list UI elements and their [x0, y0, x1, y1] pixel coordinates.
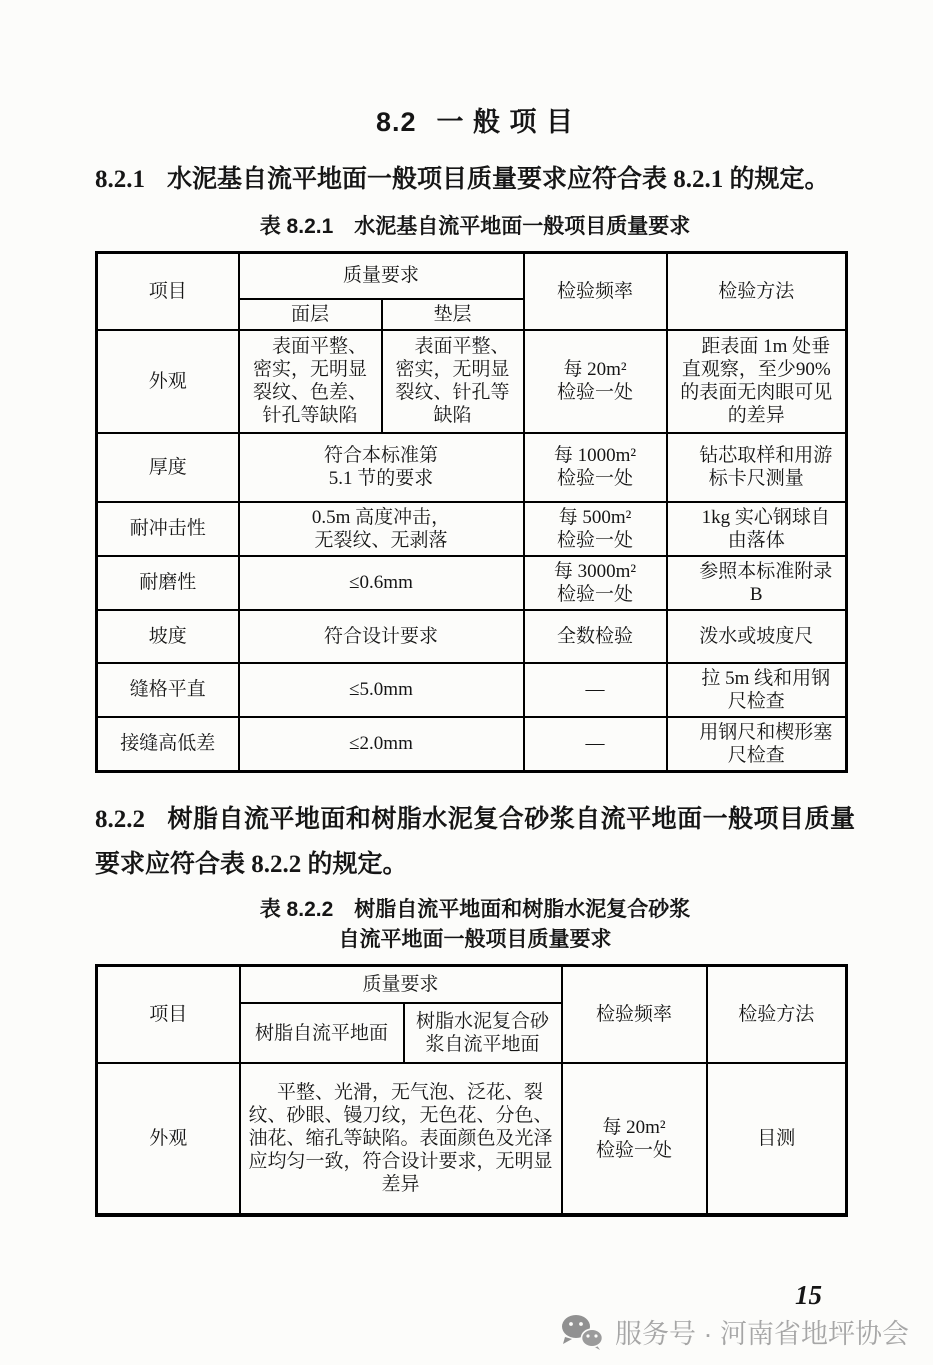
cell-frequency: 每 20m² 检验一处: [524, 330, 667, 433]
cell-method: 参照本标准附录 B: [667, 556, 847, 610]
header-quality: 质量要求: [240, 965, 562, 1003]
cell-item: 耐磨性: [97, 556, 239, 610]
cell-frequency: 每 3000m² 检验一处: [524, 556, 667, 610]
table-row: 厚度 符合本标准第 5.1 节的要求 每 1000m² 检验一处 钻芯取样和用游…: [97, 433, 847, 502]
table-row: 耐冲击性 0.5m 高度冲击， 无裂纹、无剥落 每 500m² 检验一处 1kg…: [97, 502, 847, 556]
table-header-row: 项目 质量要求 检验频率 检验方法: [97, 253, 847, 299]
wechat-icon: [560, 1313, 606, 1351]
cell-quality-cushion: 表面平整、密实，无明显裂纹、针孔等缺陷: [382, 330, 524, 433]
cell-quality: 符合设计要求: [239, 610, 524, 663]
header-resin-floor: 树脂自流平地面: [240, 1003, 404, 1063]
table-8-2-2-caption: 表 8.2.2 树脂自流平地面和树脂水泥复合砂浆 自流平地面一般项目质量要求: [95, 895, 855, 955]
clause-8-2-1: 8.2.1水泥基自流平地面一般项目质量要求应符合表 8.2.1 的规定。: [95, 157, 855, 202]
document-page: 8.2一 般 项 目 8.2.1水泥基自流平地面一般项目质量要求应符合表 8.2…: [95, 0, 855, 1217]
cell-method: 1kg 实心钢球自由落体: [667, 502, 847, 556]
cell-item: 接缝高低差: [97, 717, 239, 772]
cell-frequency: 每 1000m² 检验一处: [524, 433, 667, 502]
table-row: 坡度 符合设计要求 全数检验 泼水或坡度尺: [97, 610, 847, 663]
cell-method: 目测: [707, 1063, 847, 1215]
footer-watermark-text: 服务号 · 河南省地坪协会: [615, 1312, 909, 1351]
cell-method: 钻芯取样和用游标卡尺测量: [667, 433, 847, 502]
cell-frequency: 全数检验: [524, 610, 667, 663]
table-row: 耐磨性 ≤0.6mm 每 3000m² 检验一处 参照本标准附录 B: [97, 556, 847, 610]
clause-8-2-1-text: 水泥基自流平地面一般项目质量要求应符合表 8.2.1 的规定。: [167, 166, 830, 193]
table-8-2-2: 项目 质量要求 检验频率 检验方法 树脂自流平地面 树脂水泥复合砂浆自流平地面 …: [95, 964, 848, 1218]
header-method: 检验方法: [667, 253, 847, 330]
section-heading: 8.2一 般 项 目: [95, 0, 855, 139]
table-row: 外观 表面平整、密实，无明显裂纹、色差、针孔等缺陷 表面平整、密实，无明显裂纹、…: [97, 330, 847, 433]
cell-item: 外观: [97, 330, 239, 433]
cell-item: 坡度: [97, 610, 239, 663]
table-8-2-2-caption-line2: 自流平地面一般项目质量要求: [95, 925, 855, 955]
clause-8-2-2-number: 8.2.2: [95, 806, 145, 833]
table-row: 外观 平整、光滑，无气泡、泛花、裂纹、砂眼、镘刀纹，无色花、分色、油花、缩孔等缺…: [97, 1063, 847, 1215]
section-number: 8.2: [376, 107, 417, 137]
cell-frequency: 每 500m² 检验一处: [524, 502, 667, 556]
cell-quality: ≤0.6mm: [239, 556, 524, 610]
clause-8-2-2-text: 树脂自流平地面和树脂水泥复合砂浆自流平地面一般项目质量要求应符合表 8.2.2 …: [95, 806, 855, 878]
header-cushion-layer: 垫层: [382, 299, 524, 330]
header-frequency: 检验频率: [524, 253, 667, 330]
table-8-2-1: 项目 质量要求 检验频率 检验方法 面层 垫层 外观 表面平整、密实，无明显裂纹…: [95, 251, 848, 773]
table-row: 缝格平直 ≤5.0mm — 拉 5m 线和用钢尺检查: [97, 663, 847, 717]
header-item: 项目: [97, 253, 239, 330]
header-item: 项目: [97, 965, 240, 1063]
cell-item: 缝格平直: [97, 663, 239, 717]
table-8-2-2-caption-line1: 表 8.2.2 树脂自流平地面和树脂水泥复合砂浆: [95, 895, 855, 925]
clause-8-2-1-number: 8.2.1: [95, 166, 145, 193]
cell-item: 外观: [97, 1063, 240, 1215]
cell-quality: ≤2.0mm: [239, 717, 524, 772]
cell-quality: 符合本标准第 5.1 节的要求: [239, 433, 524, 502]
cell-frequency: 每 20m² 检验一处: [562, 1063, 707, 1215]
header-frequency: 检验频率: [562, 965, 707, 1063]
clause-8-2-2: 8.2.2树脂自流平地面和树脂水泥复合砂浆自流平地面一般项目质量要求应符合表 8…: [95, 797, 855, 887]
cell-frequency: —: [524, 663, 667, 717]
table-header-row: 项目 质量要求 检验频率 检验方法: [97, 965, 847, 1003]
header-quality: 质量要求: [239, 253, 524, 299]
section-title: 一 般 项 目: [437, 107, 575, 137]
cell-quality: ≤5.0mm: [239, 663, 524, 717]
table-8-2-1-caption: 表 8.2.1 水泥基自流平地面一般项目质量要求: [95, 212, 855, 242]
cell-quality: 0.5m 高度冲击， 无裂纹、无剥落: [239, 502, 524, 556]
header-resin-cement-floor: 树脂水泥复合砂浆自流平地面: [404, 1003, 562, 1063]
cell-method: 拉 5m 线和用钢尺检查: [667, 663, 847, 717]
cell-method: 用钢尺和楔形塞尺检查: [667, 717, 847, 772]
page-number: 15: [795, 1280, 822, 1311]
table-row: 接缝高低差 ≤2.0mm — 用钢尺和楔形塞尺检查: [97, 717, 847, 772]
cell-quality: 平整、光滑，无气泡、泛花、裂纹、砂眼、镘刀纹，无色花、分色、油花、缩孔等缺陷。表…: [240, 1063, 562, 1215]
cell-item: 厚度: [97, 433, 239, 502]
cell-method: 泼水或坡度尺: [667, 610, 847, 663]
cell-method: 距表面 1m 处垂直观察，至少90%的表面无肉眼可见的差异: [667, 330, 847, 433]
footer-watermark: 服务号 · 河南省地坪协会: [560, 1312, 909, 1351]
cell-frequency: —: [524, 717, 667, 772]
cell-quality-surface: 表面平整、密实，无明显裂纹、色差、针孔等缺陷: [239, 330, 382, 433]
cell-item: 耐冲击性: [97, 502, 239, 556]
header-surface-layer: 面层: [239, 299, 382, 330]
header-method: 检验方法: [707, 965, 847, 1063]
